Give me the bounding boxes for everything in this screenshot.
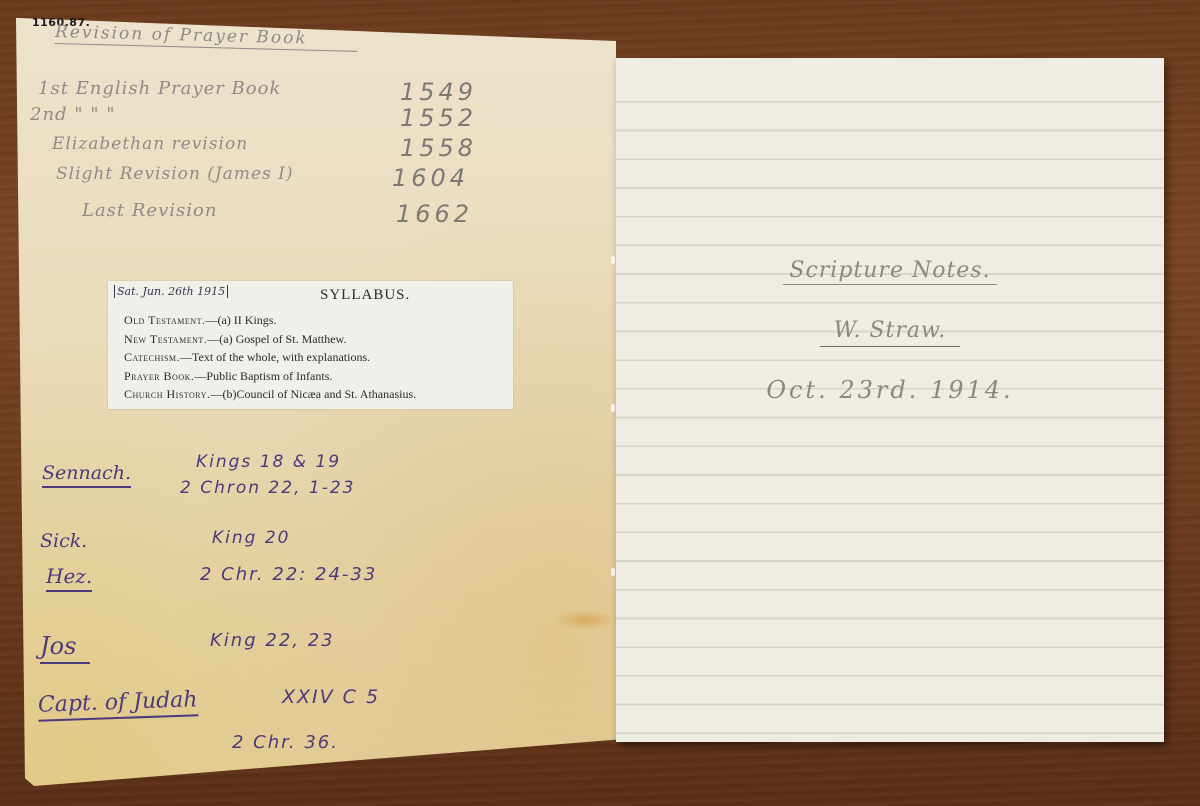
notebook-title: Scripture Notes. bbox=[616, 258, 1164, 283]
ink-note-name: Jos bbox=[40, 632, 90, 664]
revision-year: 1552 bbox=[400, 104, 477, 132]
ink-note-ref: 2 Chr. 22: 24-33 bbox=[200, 564, 377, 585]
notebook-date: Oct. 23rd. 1914. bbox=[616, 376, 1164, 404]
syllabus-heading: Prayer Book. bbox=[124, 369, 194, 383]
syllabus-heading: Church History. bbox=[124, 387, 210, 401]
ink-note-name: Hez. bbox=[46, 564, 92, 592]
syllabus-clipping: Sat. Jun. 26th 1915 SYLLABUS. Old Testam… bbox=[108, 281, 513, 409]
syllabus-line: Old Testament.—(a) II Kings. bbox=[124, 311, 416, 330]
right-page: Scripture Notes. W. Straw. Oct. 23rd. 19… bbox=[616, 58, 1164, 742]
syllabus-text: —Text of the whole, with explanations. bbox=[180, 350, 370, 364]
binding-stitch bbox=[611, 404, 615, 412]
syllabus-heading: Catechism. bbox=[124, 350, 180, 364]
binding-stitch bbox=[611, 256, 615, 264]
revision-year: 1604 bbox=[392, 164, 469, 192]
syllabus-title: SYLLABUS. bbox=[320, 287, 410, 304]
ink-note-ref: XXIV C 5 bbox=[282, 686, 380, 708]
syllabus-text: —(a) II Kings. bbox=[205, 313, 276, 327]
revision-year: 1662 bbox=[396, 200, 473, 228]
revision-label: Last Revision bbox=[82, 200, 217, 221]
notebook-author-text: W. Straw. bbox=[820, 318, 961, 347]
syllabus-line: Catechism.—Text of the whole, with expla… bbox=[124, 348, 416, 367]
ink-note-ref: 2 Chron 22, 1-23 bbox=[180, 478, 355, 498]
ink-note-name: Capt. of Judah bbox=[38, 687, 199, 722]
ink-note-ref: Kings 18 & 19 bbox=[196, 452, 341, 472]
syllabus-lines: Old Testament.—(a) II Kings. New Testame… bbox=[124, 311, 416, 404]
syllabus-heading: New Testament. bbox=[124, 332, 207, 346]
revision-label: 1st English Prayer Book bbox=[38, 78, 281, 99]
revision-label: Elizabethan revision bbox=[52, 134, 248, 154]
syllabus-text: —(b)Council of Nicæa and St. Athanasius. bbox=[210, 387, 416, 401]
syllabus-heading: Old Testament. bbox=[124, 313, 205, 327]
syllabus-line: Prayer Book.—Public Baptism of Infants. bbox=[124, 367, 416, 386]
notebook-title-text: Scripture Notes. bbox=[783, 258, 996, 285]
ink-note-ref: King 20 bbox=[212, 528, 290, 548]
syllabus-line: Church History.—(b)Council of Nicæa and … bbox=[124, 385, 416, 404]
revision-label: 2nd " " " bbox=[30, 104, 116, 125]
notebook-author: W. Straw. bbox=[616, 318, 1164, 343]
binding-stitch bbox=[611, 568, 615, 576]
ink-note-ref: 2 Chr. 36. bbox=[232, 732, 339, 753]
ink-note-name: Sick. bbox=[40, 530, 87, 552]
syllabus-date-note: Sat. Jun. 26th 1915 bbox=[114, 285, 228, 298]
water-stain bbox=[555, 610, 615, 630]
ink-note-ref: King 22, 23 bbox=[210, 630, 335, 651]
revision-year: 1549 bbox=[400, 78, 477, 106]
revision-label: Slight Revision (James I) bbox=[56, 164, 293, 184]
revision-year: 1558 bbox=[400, 134, 477, 162]
ink-note-name: Sennach. bbox=[42, 462, 131, 488]
syllabus-text: —(a) Gospel of St. Matthew. bbox=[207, 332, 346, 346]
syllabus-line: New Testament.—(a) Gospel of St. Matthew… bbox=[124, 330, 416, 349]
syllabus-text: —Public Baptism of Infants. bbox=[194, 369, 332, 383]
